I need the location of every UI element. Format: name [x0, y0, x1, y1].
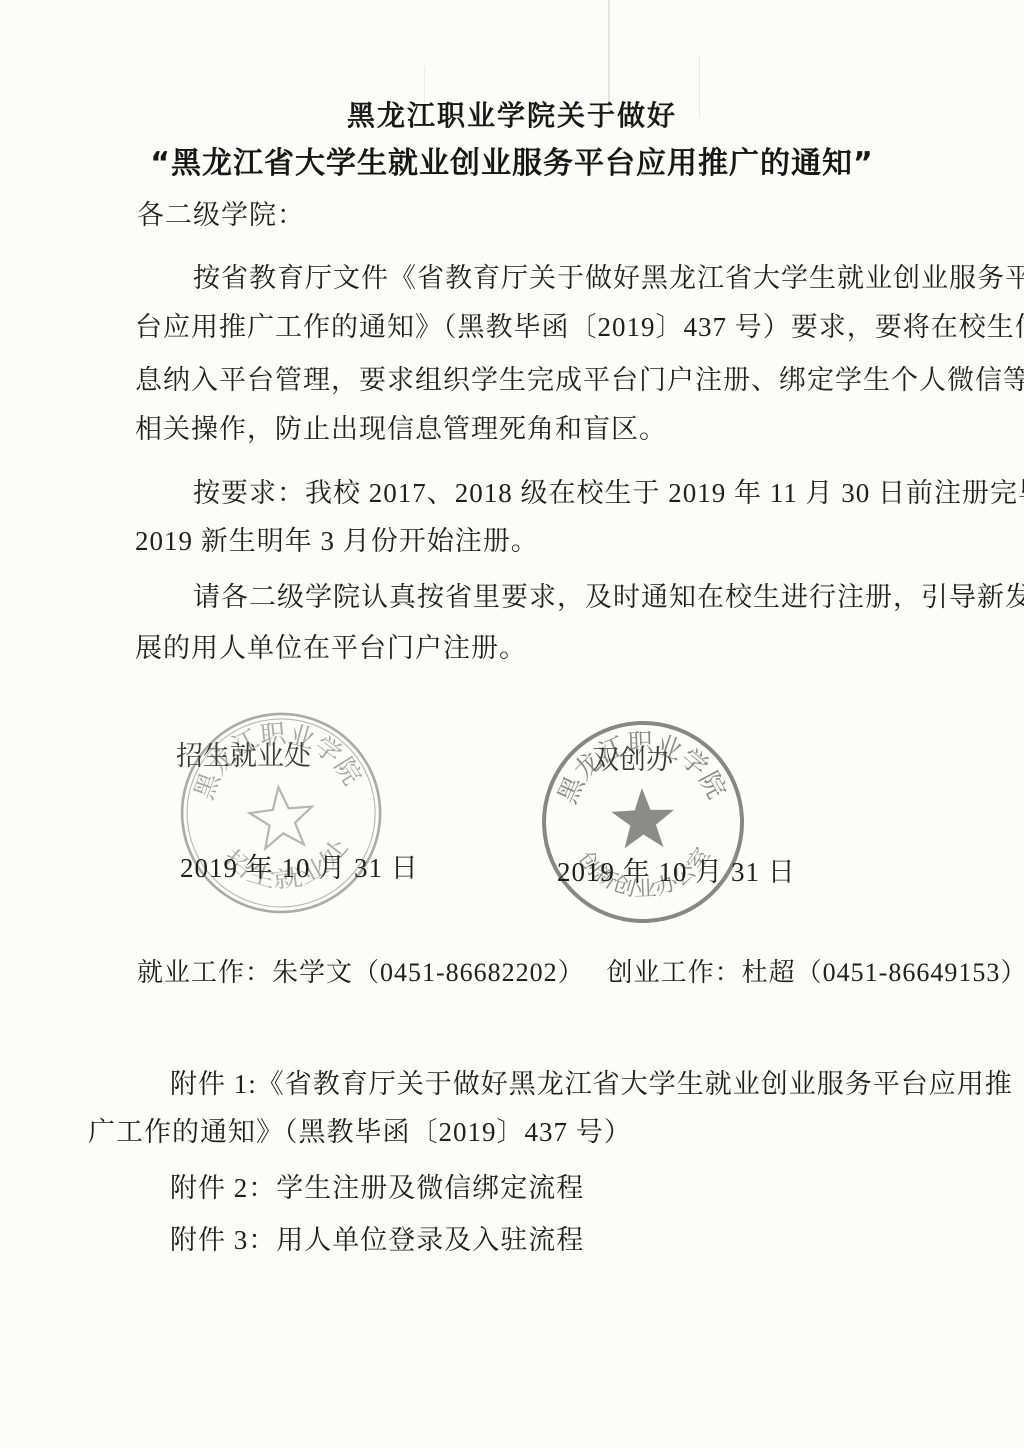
attachment-2: 附件 2：学生注册及微信绑定流程 [170, 1170, 584, 1206]
contact-line: 就业工作：朱学文（0451-86682202）创业工作：杜超（0451-8664… [137, 955, 1024, 991]
entrepreneurship-contact: 创业工作：杜超（0451-86649153） [607, 958, 1024, 987]
salutation: 各二级学院： [137, 197, 305, 233]
right-sign-date: 2019 年 10 月 31 日 [557, 854, 796, 890]
attachment-3: 附件 3：用人单位登录及入驻流程 [170, 1222, 584, 1258]
scanned-notice-page: 黑龙江职业学院关于做好 “黑龙江省大学生就业创业服务平台应用推广的通知” 各二级… [0, 0, 1024, 1448]
notice-title-line2: “黑龙江省大学生就业创业服务平台应用推广的通知” [0, 146, 1024, 182]
left-office-seal: 黑龙江职业学院 招生就业处 [165, 696, 396, 929]
paragraph-3-line: 请各二级学院认真按省里要求，及时通知在校生进行注册，引导新发 [193, 579, 1024, 615]
paragraph-1-line: 台应用推广工作的通知》（黑教毕函〔2019〕437 号）要求，要将在校生信 [135, 309, 1024, 345]
seal-star-outline [247, 784, 316, 850]
paragraph-1-line: 按省教育厅文件《省教育厅关于做好黑龙江省大学生就业创业服务平 [193, 260, 1024, 296]
paragraph-2-line: 按要求：我校 2017、2018 级在校生于 2019 年 11 月 30 日前… [193, 475, 1024, 511]
paragraph-1-line: 息纳入平台管理，要求组织学生完成平台门户注册、绑定学生个人微信等 [135, 362, 1024, 398]
attachment-1-line2: 广工作的通知》（黑教毕函〔2019〕437 号） [88, 1114, 632, 1150]
seal-star-filled [610, 787, 675, 849]
attachment-1-line1: 附件 1:《省教育厅关于做好黑龙江省大学生就业创业服务平台应用推 [170, 1066, 1013, 1102]
scan-crease-line [608, 0, 610, 112]
left-sign-date: 2019 年 10 月 31 日 [180, 850, 419, 886]
left-office-name: 招生就业处 [176, 738, 311, 774]
notice-title-line1: 黑龙江职业学院关于做好 [0, 98, 1024, 134]
paragraph-2-line: 2019 新生明年 3 月份开始注册。 [135, 523, 539, 559]
paragraph-3-line: 展的用人单位在平台门户注册。 [135, 630, 527, 666]
paragraph-1-line: 相关操作，防止出现信息管理死角和盲区。 [135, 411, 667, 447]
right-office-name: 双创办 [592, 742, 673, 778]
employment-contact: 就业工作：朱学文（0451-86682202） [137, 958, 585, 987]
